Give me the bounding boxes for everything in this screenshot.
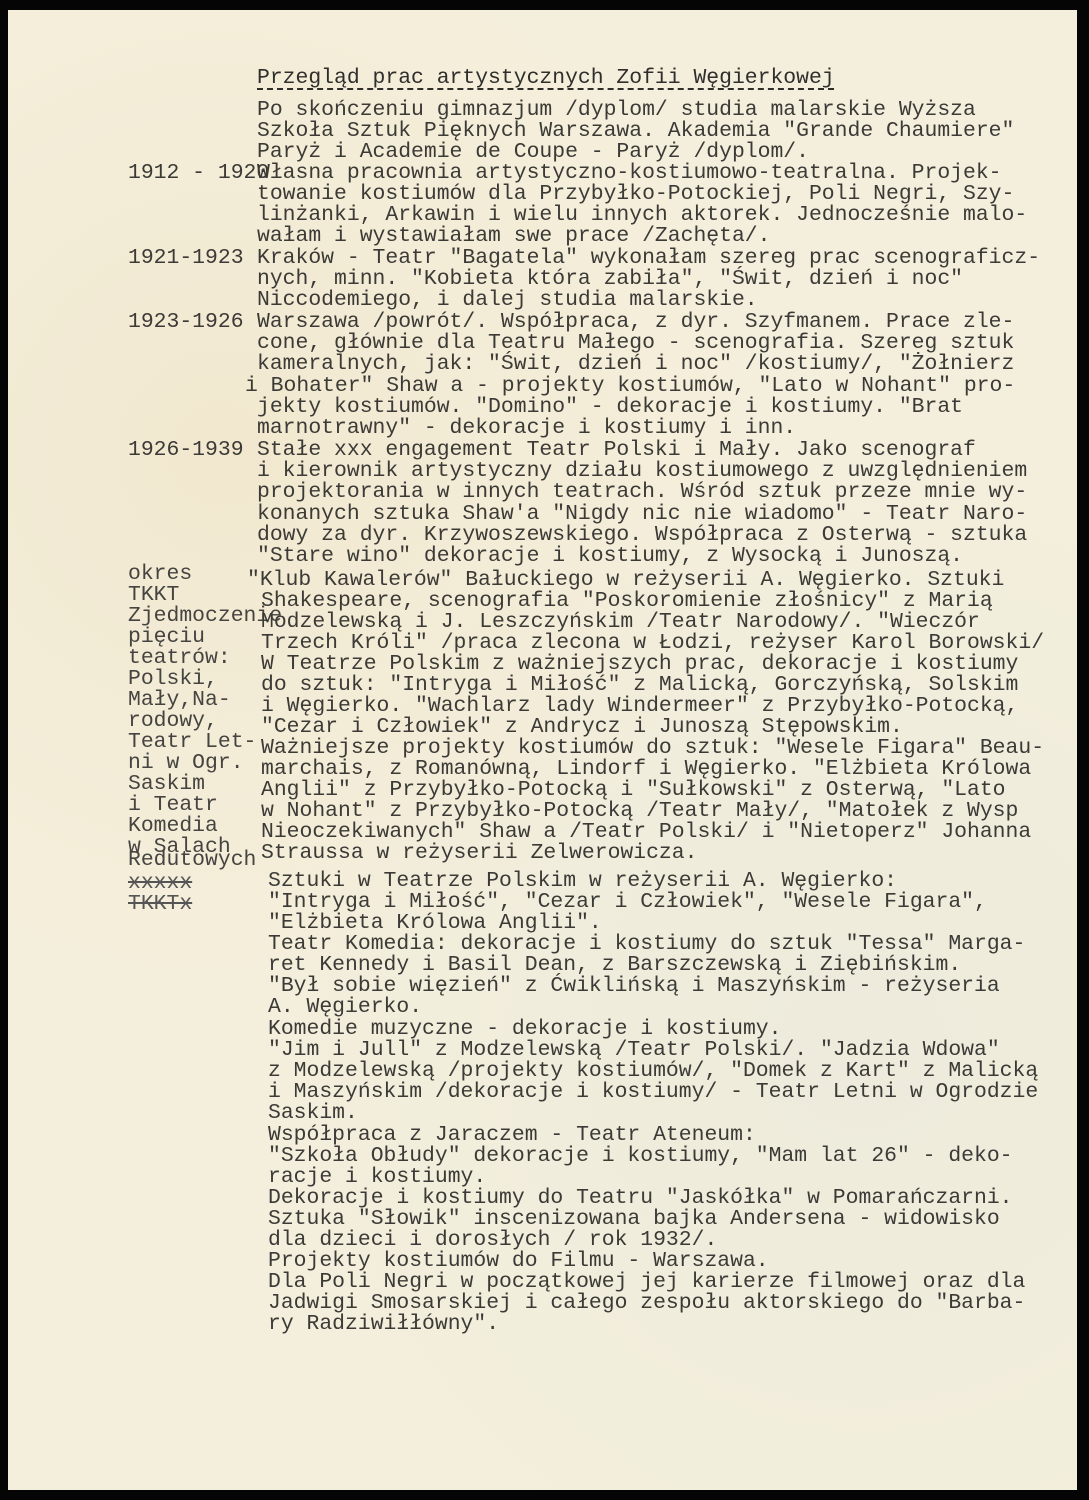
intro-line: Po skończeniu gimnazjum /dyplom/ studia … [257,100,976,121]
period-line: Kraków - Teatr "Bagatela" wykonałam szer… [257,248,1040,269]
margin-note-line: Zjedmoczenie [128,606,282,627]
period-years: 1921-1923 [128,248,244,269]
period-years: 1923-1926 [128,312,244,333]
margin-note-line: okres [128,564,192,585]
later-line: Dekoracje i kostiumy do Teatru "Jaskółka… [268,1188,1013,1209]
tkkt-line: Ważniejsze projekty kostiumów do sztuk: … [261,738,1044,759]
period-line: "Stare wino" dekoracje i kostiumy, z Wys… [257,546,963,567]
tkkt-line: do sztuk: "Intryga i Miłość" z Malicką, … [261,675,1018,696]
tkkt-line: Modzelewską i J. Leszczyńskim /Teatr Nar… [261,612,980,633]
later-line: "Był sobie więzień" z Ćwiklińską i Maszy… [268,976,1000,997]
struck-margin-text: xxxxx [128,873,192,894]
typewritten-page: Przegląd prac artystycznych Zofii Węgier… [8,10,1077,1490]
later-line: Teatr Komedia: dekoracje i kostiumy do s… [268,934,1025,955]
period-line: i Bohater" Shaw a - projekty kostiumów, … [245,376,1015,397]
later-line: ret Kennedy i Basil Dean, z Barszczewską… [268,955,961,976]
period-line: konanych sztuka Shaw'a "Nigdy nic nie wi… [257,504,1027,525]
later-line: z Modzelewską /projekty kostiumów/, "Dom… [268,1061,1038,1082]
tkkt-line: Straussa w reżyserii Zelwerowicza. [261,843,697,864]
tkkt-line: i Węgierko. "Wachlarz lady Windermeer" z… [261,696,1018,717]
tkkt-line: W Teatrze Polskim z ważniejszych prac, d… [261,654,1018,675]
later-line: "Elżbieta Królowa Anglii". [268,913,602,934]
later-line: Sztuki w Teatrze Polskim w reżyserii A. … [268,871,897,892]
tkkt-line: w Nohant" z Przybyłko-Potocką /Teatr Mał… [261,801,1018,822]
margin-note-line: Mały,Na- [128,690,231,711]
period-line: jekty kostiumów. "Domino" - dekoracje i … [257,397,963,418]
period-years: 1912 - 1920 [128,163,269,184]
later-line: "Intryga i Miłość", "Cezar i Człowiek", … [268,892,987,913]
intro-line: Paryż i Academie de Coupe - Paryż /dyplo… [257,142,809,163]
later-line: Dla Poli Negri w początkowej jej karierz… [268,1272,1025,1293]
period-line: Stałe xxx engagement Teatr Polski i Mały… [257,440,976,461]
period-line: linżanki, Arkawin i wielu innych aktorek… [257,205,1027,226]
margin-note-line: teatrów: [128,648,231,669]
margin-note-line: TKKT [128,585,179,606]
later-line: dla dzieci i dorosłych / rok 1932/. [268,1230,717,1251]
period-line: i kierownik artystyczny działu kostiumow… [257,461,1027,482]
margin-note-line: Redutowych [128,850,256,871]
period-years: 1926-1939 [128,440,244,461]
later-line: Projekty kostiumów do Filmu - Warszawa. [268,1251,769,1272]
period-line: nych, minn. "Kobieta która zabiła", "Świ… [257,269,963,290]
period-line: kameralnych, jak: "Świt, dzień i noc" /k… [257,354,1014,375]
later-line: Saskim. [268,1103,358,1124]
tkkt-line: Shakespeare, scenografia "Poskoromienie … [261,591,993,612]
intro-line: Szkoła Sztuk Pięknych Warszawa. Akademia… [257,121,1014,142]
margin-note-line: Polski, [128,669,218,690]
tkkt-line: Anglii" z Przybyłko-Potocką i "Sułkowski… [261,780,1006,801]
period-line: towanie kostiumów dla Przybyłko-Potockie… [257,184,1014,205]
period-line: cone, głównie dla Teatru Małego - scenog… [257,333,1014,354]
period-line: Własna pracownia artystyczno-kostiumowo-… [257,163,1002,184]
later-line: Sztuka "Słowik" inscenizowana bajka Ande… [268,1209,1000,1230]
later-line: ry Radziwiłłówny". [268,1314,499,1335]
margin-note-line: rodowy, [128,711,218,732]
margin-note-line: i Teatr [128,795,218,816]
later-line: A. Węgierko. [268,997,422,1018]
tkkt-line: marchais, z Romanówną, Lindorf i Węgierk… [261,759,1031,780]
margin-note-line: Komedia [128,816,218,837]
tkkt-line: "Klub Kawalerów" Bałuckiego w reżyserii … [247,570,1004,591]
tkkt-line: Nieoczekiwanych" Shaw a /Teatr Polski/ i… [261,822,1031,843]
later-line: Komedie muzyczne - dekoracje i kostiumy. [268,1019,781,1040]
page-title: Przegląd prac artystycznych Zofii Węgier… [257,68,835,89]
period-line: marnotrawny" - dekoracje i kostiumy i in… [257,418,796,439]
struck-margin-text: TKKTx [128,894,192,915]
period-line: dowy za dyr. Krzywoszewskiego. Współprac… [257,525,1027,546]
margin-note-line: Saskim [128,774,205,795]
tkkt-line: Trzech Króli" /praca zlecona w Łodzi, re… [261,633,1044,654]
tkkt-line: "Cezar i Człowiek" z Andrycz i Junoszą S… [261,717,903,738]
margin-note-line: pięciu [128,627,205,648]
period-line: wałam i wystawiałam swe prace /Zachęta/. [257,226,770,247]
margin-note-line: Teatr Let- [128,732,256,753]
period-line: Warszawa /powrót/. Współpraca, z dyr. Sz… [257,312,1014,333]
later-line: Jadwigi Smosarskiej i całego zespołu akt… [268,1293,1025,1314]
period-line: Niccodemiego, i dalej studia malarskie. [257,290,758,311]
later-line: "Szkoła Obłudy" dekoracje i kostiumy, "M… [268,1146,1013,1167]
later-line: Współpraca z Jaraczem - Teatr Ateneum: [268,1125,756,1146]
margin-note-line: ni w Ogr. [128,753,244,774]
period-line: projektorania w innych teatrach. Wśród s… [257,482,1027,503]
later-line: racje i kostiumy. [268,1167,486,1188]
later-line: "Jim i Jull" z Modzelewską /Teatr Polski… [268,1040,1000,1061]
later-line: i Maszyńskim /dekoracje i kostiumy/ - Te… [268,1082,1038,1103]
